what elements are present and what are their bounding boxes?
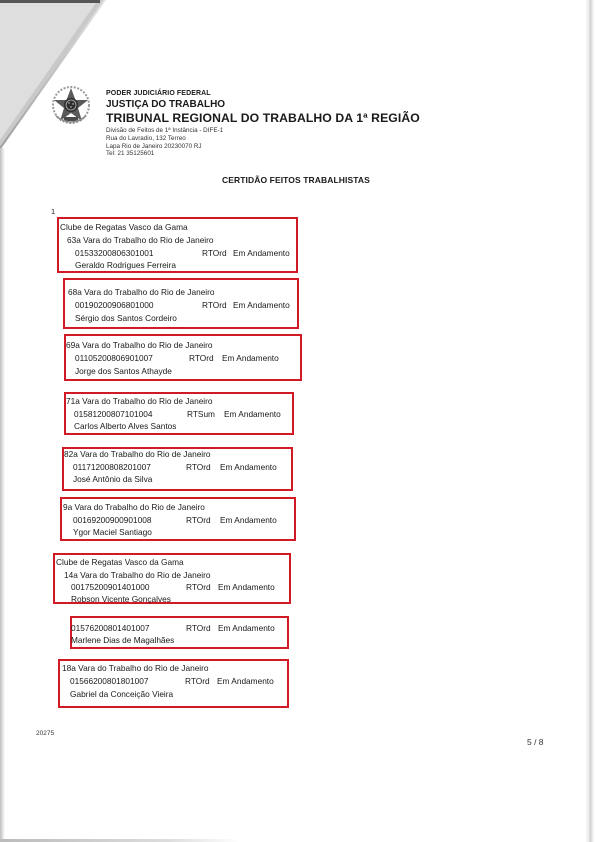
entry-party: Clube de Regatas Vasco da Gama xyxy=(60,222,188,232)
entry-box: 68a Vara do Trabalho do Rio de Janeiro 0… xyxy=(63,278,299,329)
entry-box: 9a Vara do Trabalho do Rio de Janeiro 00… xyxy=(60,497,296,541)
entry-box: 82a Vara do Trabalho do Rio de Janeiro 0… xyxy=(62,447,293,491)
entry-claimant: Marlene Dias de Magalhães xyxy=(71,635,174,645)
entry-court: 9a Vara do Trabalho do Rio de Janeiro xyxy=(63,502,205,512)
entry-status: Em Andamento xyxy=(218,623,275,633)
entry-court: 68a Vara do Trabalho do Rio de Janeiro xyxy=(68,287,215,297)
entry-status: Em Andamento xyxy=(233,300,290,310)
header-line-1: PODER JUDICIÁRIO FEDERAL xyxy=(106,89,420,98)
footer-code: 20275 xyxy=(36,730,54,737)
scan-edge-right xyxy=(585,0,595,842)
entry-process-number: 00169200900901008 xyxy=(73,515,151,525)
entry-process-number: 01566200801801007 xyxy=(70,676,148,686)
entry-court: 71a Vara do Trabalho do Rio de Janeiro xyxy=(66,396,213,406)
entry-court: 63a Vara do Trabalho do Rio de Janeiro xyxy=(67,235,214,245)
entry-status: Em Andamento xyxy=(217,676,274,686)
entry-process-number: 01533200806301001 xyxy=(75,248,153,258)
entry-court: 69a Vara do Trabalho do Rio de Janeiro xyxy=(66,340,213,350)
entry-status: Em Andamento xyxy=(224,409,281,419)
entry-status: Em Andamento xyxy=(233,248,290,258)
entry-type: RTOrd xyxy=(202,248,227,258)
institution-header: PODER JUDICIÁRIO FEDERAL JUSTIÇA DO TRAB… xyxy=(106,89,420,125)
entry-box: 69a Vara do Trabalho do Rio de Janeiro 0… xyxy=(64,334,302,381)
scan-edge-left xyxy=(0,148,5,842)
entry-process-number: 01105200806901007 xyxy=(75,353,153,363)
entry-type: RTOrd xyxy=(185,676,210,686)
entry-court: 14a Vara do Trabalho do Rio de Janeiro xyxy=(64,570,211,580)
entry-court: 18a Vara do Trabalho do Rio de Janeiro xyxy=(62,663,209,673)
entry-claimant: Geraldo Rodrigues Ferreira xyxy=(75,260,176,270)
entry-claimant: Gabriel da Conceição Vieira xyxy=(70,689,173,699)
entry-party: Clube de Regatas Vasco da Gama xyxy=(56,557,184,567)
address-city: Lapa Rio de Janeiro 20230070 RJ xyxy=(106,143,223,151)
entry-box: 71a Vara do Trabalho do Rio de Janeiro 0… xyxy=(64,392,294,435)
entry-type: RTOrd xyxy=(186,515,211,525)
entry-process-number: 00190200906801000 xyxy=(75,300,153,310)
entry-process-number: 01576200801401007 xyxy=(71,623,149,633)
entry-type: RTOrd xyxy=(189,353,214,363)
entry-claimant: Ygor Maciel Santiago xyxy=(73,527,152,537)
entry-process-number: 01581200807101004 xyxy=(74,409,152,419)
address-phone: Tel: 21 35125601 xyxy=(106,150,223,158)
entry-type: RTOrd xyxy=(186,623,211,633)
entry-process-number: 00175200901401000 xyxy=(71,582,149,592)
entry-box: 18a Vara do Trabalho do Rio de Janeiro 0… xyxy=(58,659,289,708)
entry-box: Clube de Regatas Vasco da Gama 14a Vara … xyxy=(53,553,291,604)
scan-edge-top xyxy=(0,0,100,3)
entry-status: Em Andamento xyxy=(218,582,275,592)
entry-court: 82a Vara do Trabalho do Rio de Janeiro xyxy=(64,449,211,459)
sequence-number: 1 xyxy=(51,207,55,216)
header-line-3: TRIBUNAL REGIONAL DO TRABALHO DA 1ª REGI… xyxy=(106,111,420,125)
entry-type: RTSum xyxy=(187,409,215,419)
entry-type: RTOrd xyxy=(202,300,227,310)
entry-process-number: 01171200808201007 xyxy=(73,462,151,472)
entry-box: 01576200801401007 RTOrd Em Andamento Mar… xyxy=(70,616,289,649)
entry-claimant: José Antônio da Silva xyxy=(73,474,152,484)
page-number: 5 / 8 xyxy=(527,737,544,747)
header-line-2: JUSTIÇA DO TRABALHO xyxy=(106,99,420,111)
address-block: Divisão de Feitos de 1ª Instância - DIFE… xyxy=(106,127,223,158)
address-division: Divisão de Feitos de 1ª Instância - DIFE… xyxy=(106,127,223,135)
entry-claimant: Jorge dos Santos Athayde xyxy=(75,366,172,376)
entry-claimant: Robson Vicente Gonçalves xyxy=(71,594,171,604)
entry-type: RTOrd xyxy=(186,582,211,592)
brasao-republica-icon xyxy=(49,84,93,128)
entry-status: Em Andamento xyxy=(220,462,277,472)
entry-box: Clube de Regatas Vasco da Gama 63a Vara … xyxy=(57,217,298,273)
address-street: Rua do Lavradio, 132 Terreo xyxy=(106,135,223,143)
entry-claimant: Carlos Alberto Alves Santos xyxy=(74,421,176,431)
entry-status: Em Andamento xyxy=(220,515,277,525)
entry-claimant: Sérgio dos Santos Cordeiro xyxy=(75,313,177,323)
entry-type: RTOrd xyxy=(186,462,211,472)
entry-status: Em Andamento xyxy=(222,353,279,363)
document-title: CERTIDÃO FEITOS TRABALHISTAS xyxy=(222,175,370,185)
